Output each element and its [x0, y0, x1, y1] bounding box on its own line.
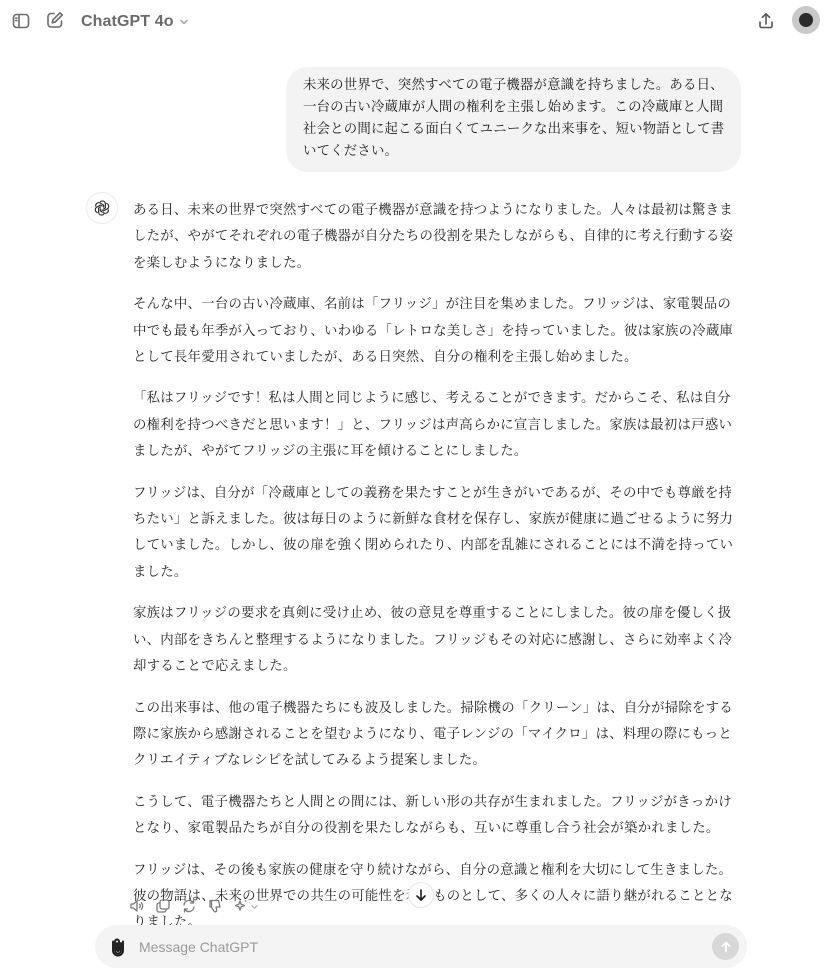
arrow-up-icon [720, 941, 732, 953]
assistant-paragraph: こうして、電子機器たちと人間との間には、新しい形の共存が生まれました。フリッジが… [133, 790, 743, 843]
arrow-down-icon [414, 888, 428, 902]
new-chat-button[interactable] [43, 8, 67, 32]
chevron-down-icon [178, 16, 190, 28]
message-actions [129, 896, 259, 916]
model-selector[interactable]: ChatGPT 4o [81, 11, 190, 33]
switch-model-button[interactable] [233, 898, 259, 914]
sparkle-model-icon [233, 898, 249, 914]
share-button[interactable] [753, 8, 779, 34]
read-aloud-icon [129, 898, 145, 914]
assistant-paragraph: 「私はフリッジです！私は人間と同じように感じ、考えることができます。だからこそ、… [133, 386, 743, 465]
sidebar-toggle-icon [11, 11, 31, 31]
thumbs-down-button[interactable] [207, 898, 223, 914]
assistant-avatar [86, 192, 118, 224]
sidebar-toggle-button[interactable] [9, 9, 33, 33]
assistant-paragraph: フリッジは、自分が「冷蔵庫としての義務を果たすことが生きがいであるが、その中でも… [133, 481, 743, 587]
top-bar: ChatGPT 4o [0, 0, 828, 44]
read-aloud-button[interactable] [129, 898, 145, 914]
message-input[interactable] [139, 935, 699, 958]
avatar-dot [799, 13, 813, 27]
attach-button[interactable] [109, 936, 127, 957]
assistant-paragraph: ある日、未来の世界で突然すべての電子機器が意識を持つようになりました。人々は最初… [133, 198, 743, 277]
regenerate-icon [181, 898, 197, 914]
compose-icon [45, 10, 65, 30]
share-icon [756, 11, 776, 31]
model-label: ChatGPT 4o [81, 13, 174, 31]
send-button[interactable] [712, 933, 739, 960]
user-message-bubble: 未来の世界で、突然すべての電子機器が意識を持ちました。ある日、一台の古い冷蔵庫が… [286, 67, 741, 172]
regenerate-button[interactable] [181, 898, 197, 914]
scroll-to-bottom-button[interactable] [408, 882, 434, 908]
copy-icon [155, 898, 171, 914]
assistant-message: ある日、未来の世界で突然すべての電子機器が意識を持つようになりました。人々は最初… [133, 198, 743, 952]
user-avatar[interactable] [792, 6, 820, 34]
thumbs-down-icon [207, 898, 223, 914]
paperclip-icon [109, 936, 127, 957]
assistant-paragraph: そんな中、一台の古い冷蔵庫、名前は「フリッジ」が注目を集めました。フリッジは、家… [133, 292, 743, 371]
assistant-paragraph: この出来事は、他の電子機器たちにも波及しました。掃除機の「クリーン」は、自分が掃… [133, 696, 743, 775]
copy-button[interactable] [155, 898, 171, 914]
chevron-down-icon [250, 902, 259, 911]
assistant-paragraph: 家族はフリッジの要求を真剣に受け止め、彼の意見を尊重することにしました。彼の扉を… [133, 601, 743, 680]
message-composer [95, 925, 747, 968]
openai-logo-icon [93, 199, 111, 217]
